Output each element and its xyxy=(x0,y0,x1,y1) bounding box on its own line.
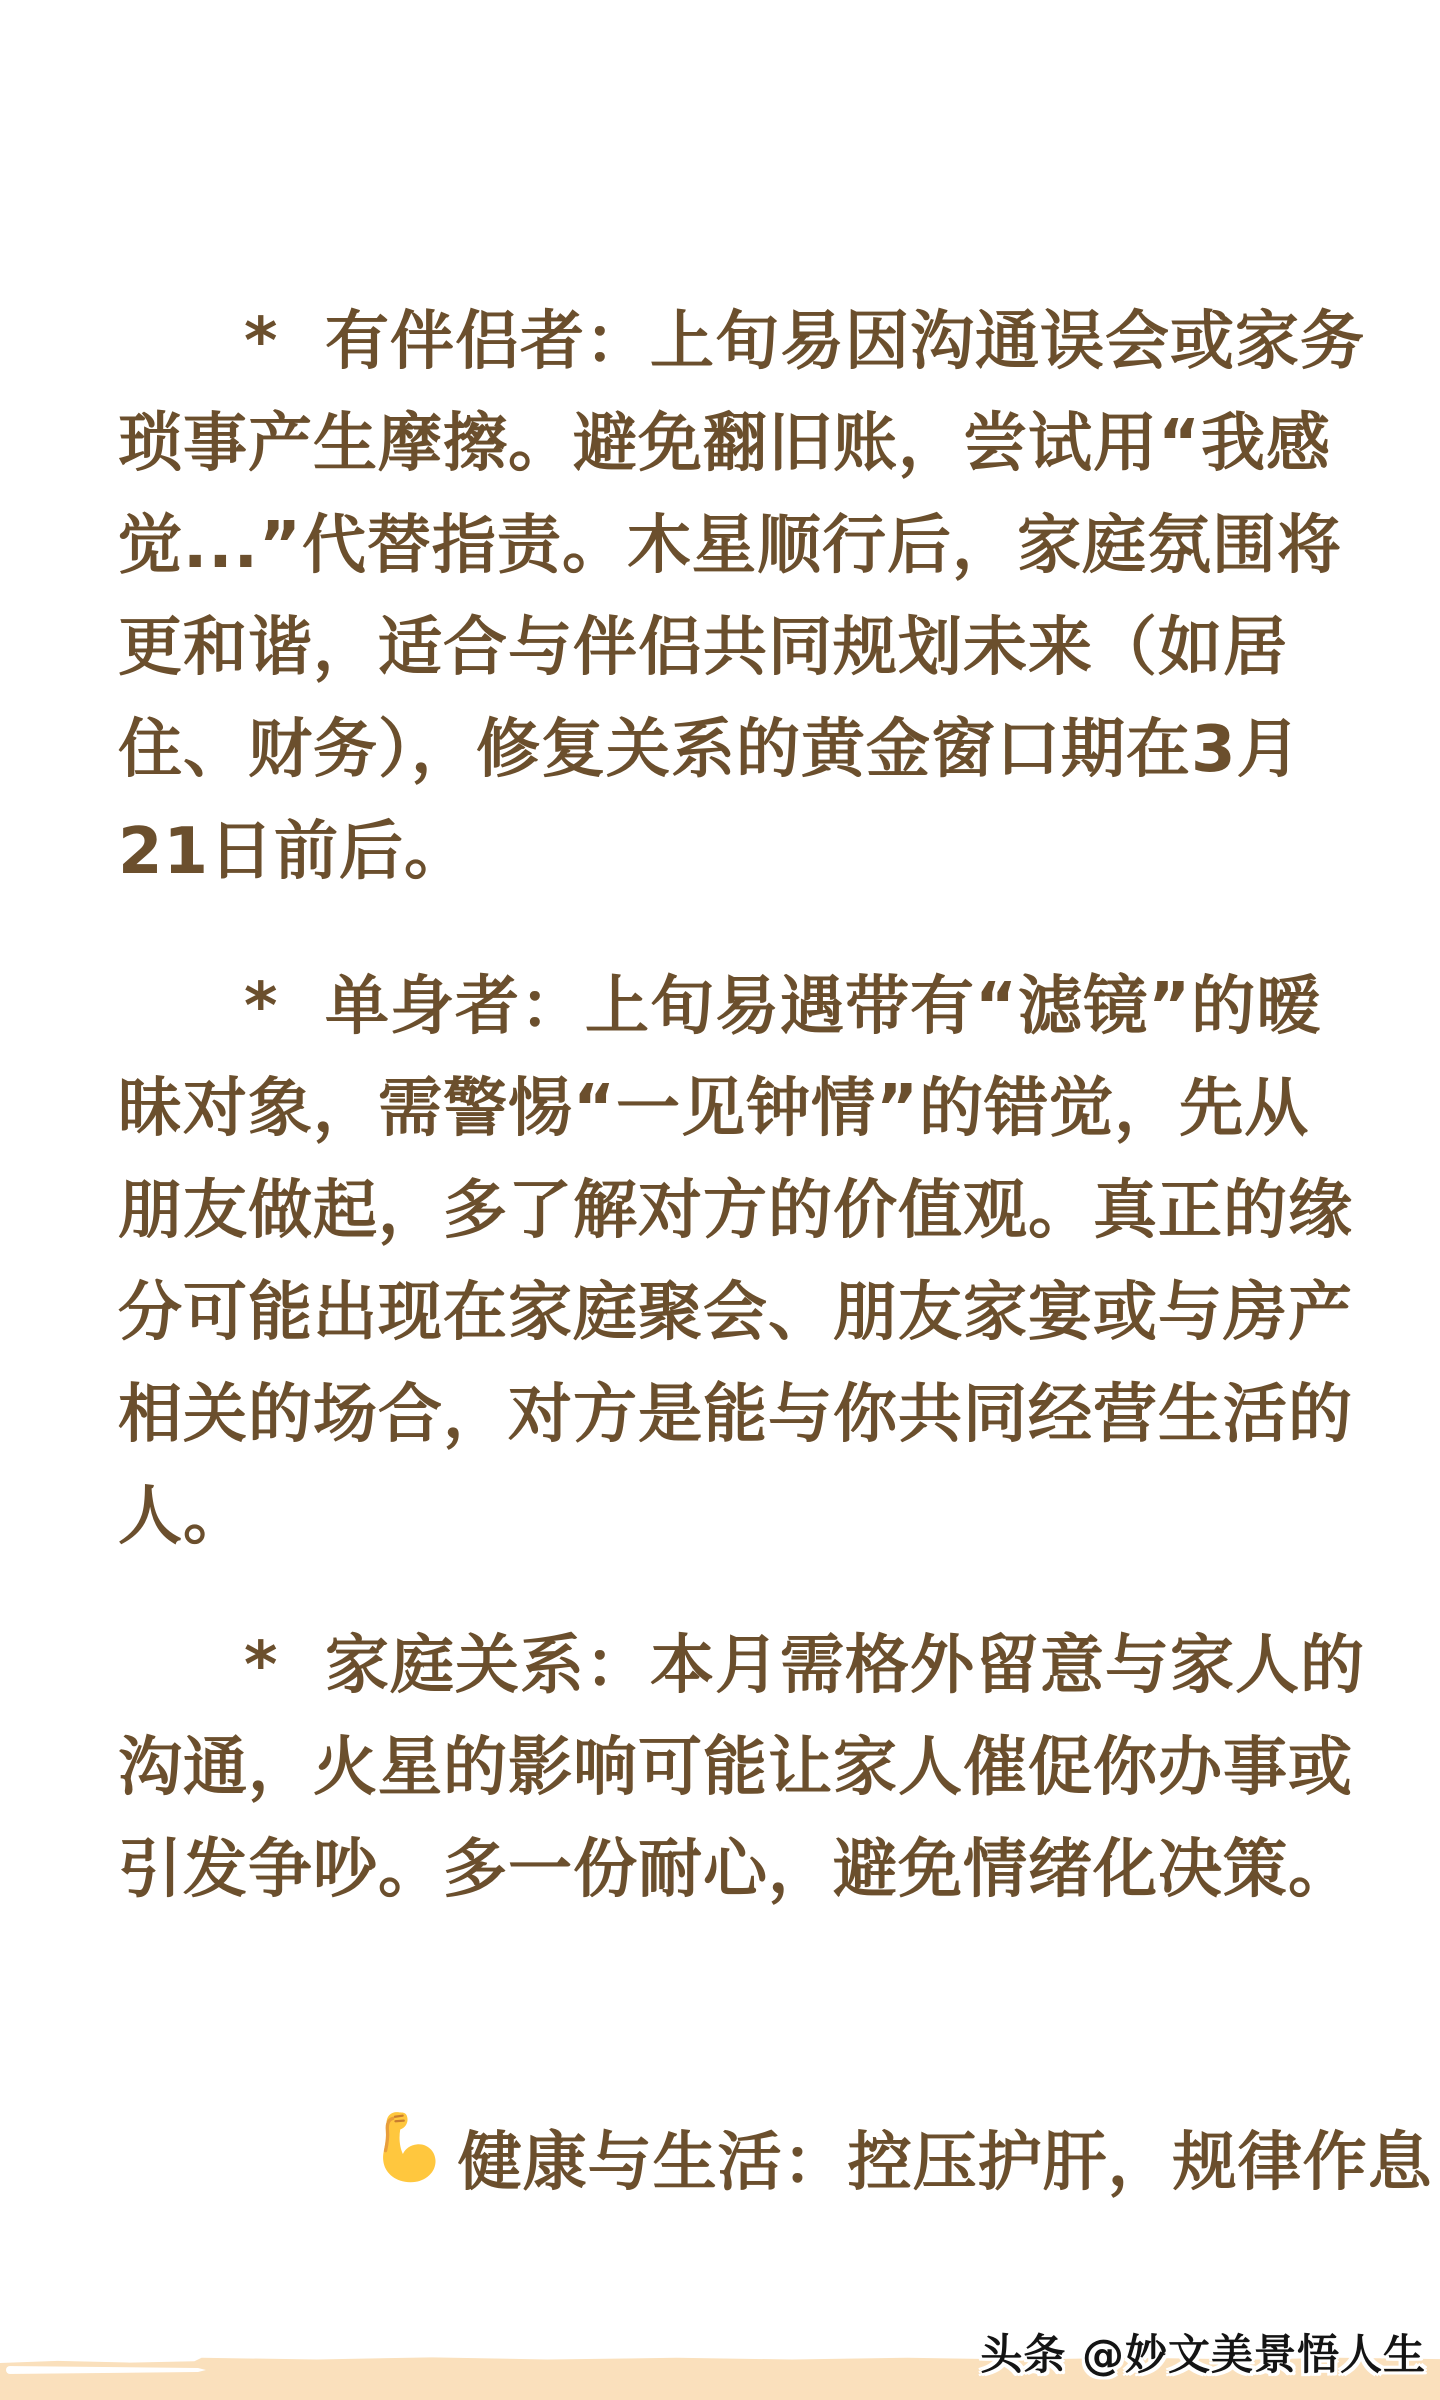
text-line: 引发争吵。多一份耐心，避免情绪化决策。 xyxy=(118,1819,1365,1921)
text-line: 琐事产生摩擦。避免翻旧账，尝试用“我感 xyxy=(118,393,1365,495)
health-title-text: 健康与生活：控压护肝，规律作息 xyxy=(458,2111,1433,2203)
text-line: 住、财务），修复关系的黄金窗口期在3月 xyxy=(118,699,1365,801)
health-section-title: 健康与生活：控压护肝，规律作息 xyxy=(226,2106,1433,2208)
text-line: 朋友做起，多了解对方的价值观。真正的缘 xyxy=(118,1160,1353,1262)
text-line: 人。 xyxy=(118,1466,1353,1568)
text-line: 更和谐，适合与伴侣共同规划未来（如居 xyxy=(118,597,1365,699)
paragraph-singles: * 单身者：上旬易遇带有“滤镜”的暧 昧对象，需警惕“一见钟情”的错觉，先从 朋… xyxy=(118,956,1353,1568)
paragraph-partnered: * 有伴侣者：上旬易因沟通误会或家务 琐事产生摩擦。避免翻旧账，尝试用“我感 觉… xyxy=(118,291,1365,903)
bar-highlight-streak xyxy=(6,2366,206,2374)
text-line: 觉...”代替指责。木星顺行后，家庭氛围将 xyxy=(118,495,1365,597)
text-line: 昧对象，需警惕“一见钟情”的错觉，先从 xyxy=(118,1058,1353,1160)
text-line: * 家庭关系：本月需格外留意与家人的 xyxy=(118,1615,1365,1717)
watermark: 头条 @妙文美景悟人生 xyxy=(980,2322,1426,2382)
text-line: 21日前后。 xyxy=(118,801,1365,903)
paragraph-family: * 家庭关系：本月需格外留意与家人的 沟通，火星的影响可能让家人催促你办事或 引… xyxy=(118,1615,1365,1921)
flexed-biceps-icon xyxy=(226,2035,458,2279)
text-line: 分可能出现在家庭聚会、朋友家宴或与房产 xyxy=(118,1262,1353,1364)
text-line: 沟通，火星的影响可能让家人催促你办事或 xyxy=(118,1717,1365,1819)
text-line: * 单身者：上旬易遇带有“滤镜”的暧 xyxy=(118,956,1353,1058)
text-line: * 有伴侣者：上旬易因沟通误会或家务 xyxy=(118,291,1365,393)
text-line: 相关的场合，对方是能与你共同经营生活的 xyxy=(118,1364,1353,1466)
